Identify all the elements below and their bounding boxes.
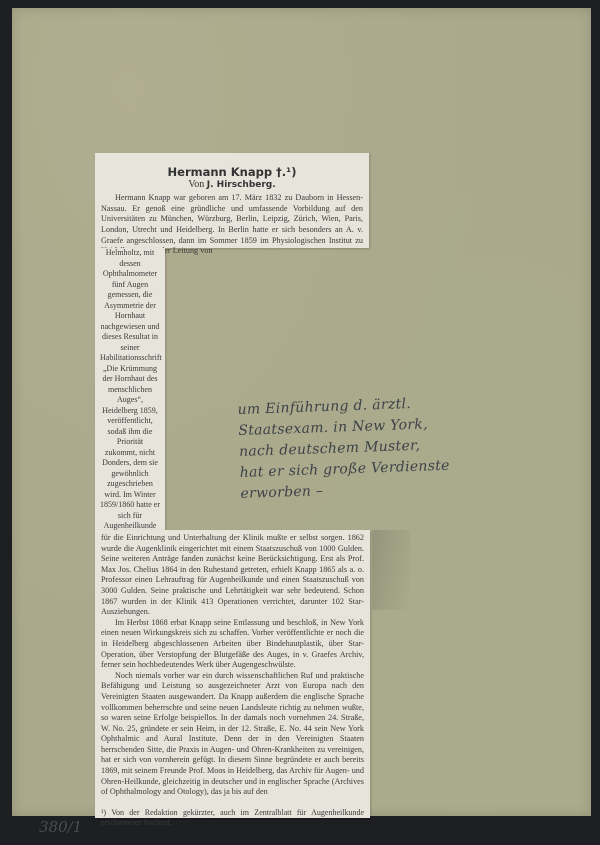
article-byline: Von J. Hirschberg.: [101, 180, 363, 191]
archive-number: 380/1: [39, 818, 82, 836]
newspaper-clipping-header: Hermann Knapp †.¹) Von J. Hirschberg. He…: [95, 153, 369, 248]
article-column-text: Helmholtz, mit dessen Ophthalmometer fün…: [100, 248, 160, 563]
archive-sheet: Hermann Knapp †.¹) Von J. Hirschberg. He…: [12, 8, 591, 816]
newspaper-clipping-body: für die Einrichtung und Unterhaltung der…: [95, 530, 370, 818]
clipping-shadow: [372, 530, 410, 610]
newspaper-clipping-column: Helmholtz, mit dessen Ophthalmometer fün…: [95, 248, 165, 533]
handwritten-note: um Einführung d. ärztl. Staatsexam. in N…: [237, 392, 471, 505]
article-paragraph: für die Einrichtung und Unterhaltung der…: [101, 533, 364, 618]
article-footnote: ¹) Von der Redaktion gekürzter, auch im …: [101, 808, 364, 829]
byline-prefix: Von: [188, 179, 204, 190]
byline-author: J. Hirschberg.: [207, 180, 276, 190]
article-title: Hermann Knapp †.¹): [101, 167, 363, 178]
article-paragraph: Noch niemals vorher war ein durch wissen…: [101, 671, 364, 798]
article-paragraph: Im Herbst 1868 erbat Knapp seine Entlass…: [101, 618, 364, 671]
